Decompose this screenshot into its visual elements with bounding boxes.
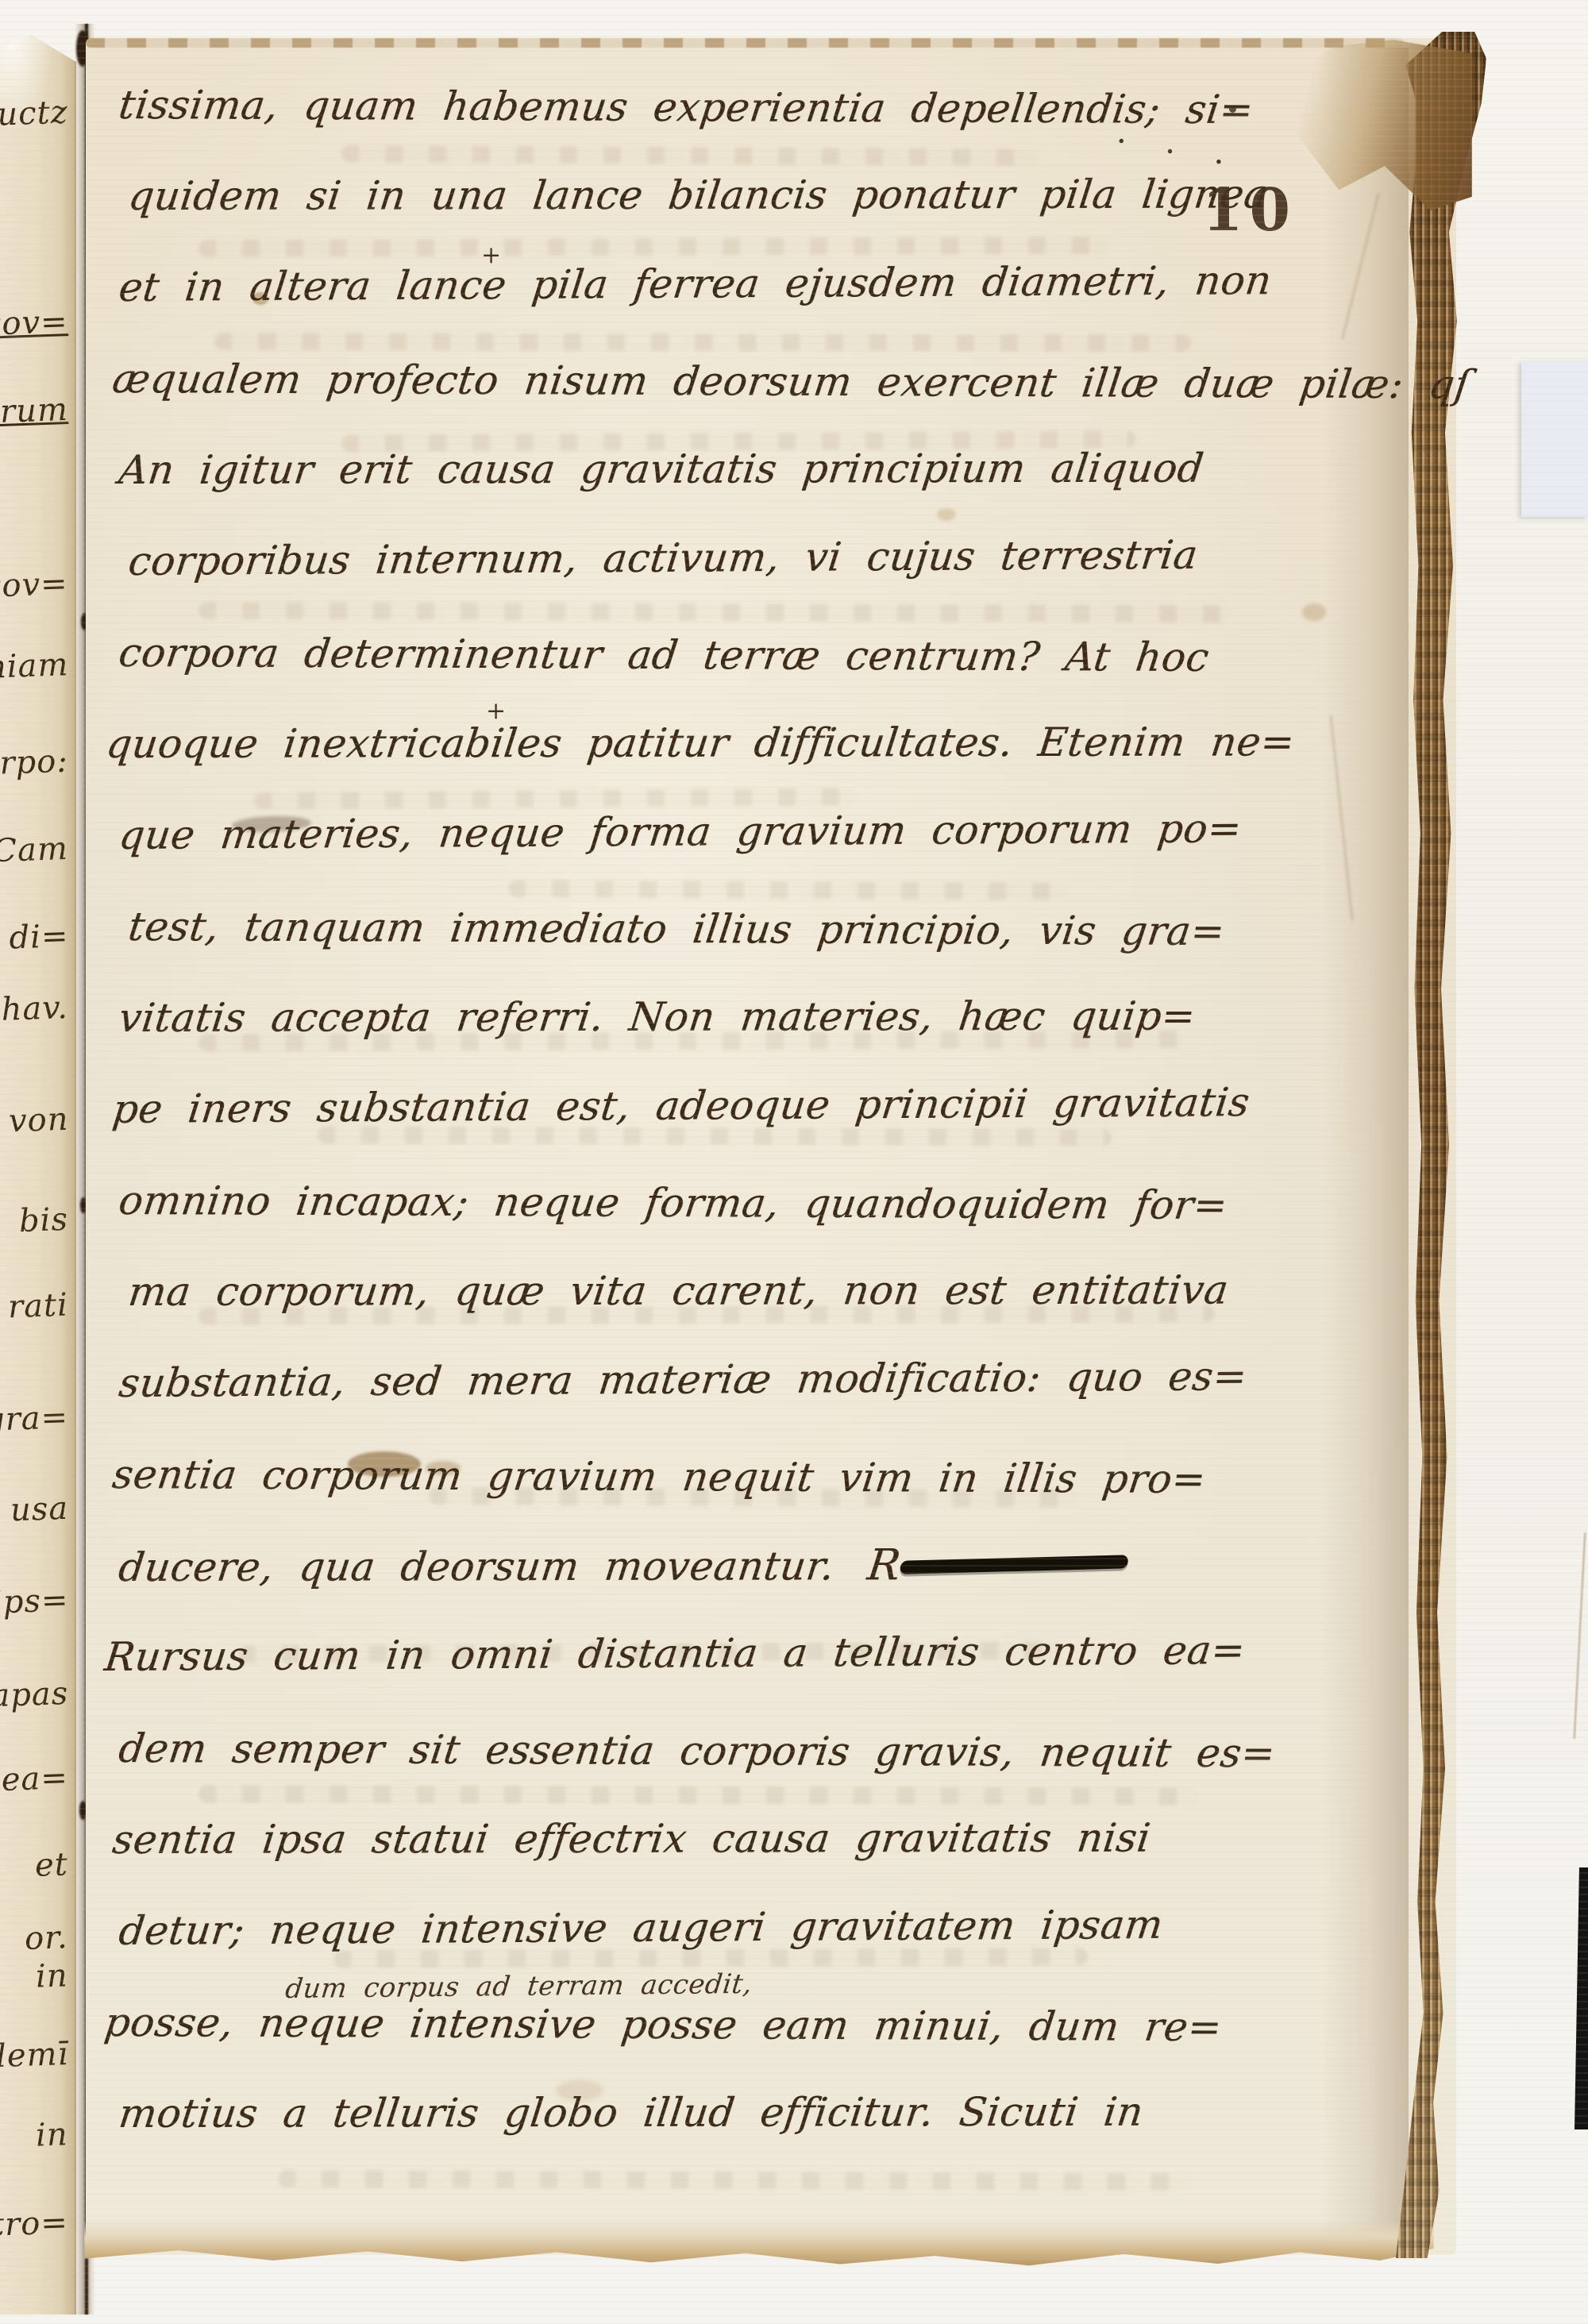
previous-page-text-fragment: corpo: — [0, 743, 69, 784]
previous-page-text-fragment: uea= — [0, 1759, 69, 1799]
manuscript-line-text: test, tanquam immediato illius principio… — [125, 904, 1228, 954]
manuscript-line-text: æqualem profecto nisum deorsum exercent … — [110, 356, 1472, 407]
manuscript-line-text: substantia, sed mera materiæ modificatio… — [117, 1353, 1250, 1406]
manuscript-line-text: ducere, qua deorsum moveantur. — [116, 1543, 837, 1590]
previous-page-edge: uductzcov=hicorumcov=niamcorpo:. Cama di… — [0, 21, 76, 2314]
manuscript-line: motius a telluris globo illud efficitur.… — [114, 2066, 1411, 2160]
page-number: 10 — [1202, 176, 1297, 245]
previous-page-text-fragment: cov= — [0, 303, 69, 343]
manuscript-line-text: dem semper sit essentia corporis gravis,… — [116, 1725, 1278, 1776]
previous-page-text-fragment: tro= — [0, 2204, 69, 2243]
manuscript-line: detur; neque intensive augeri gravitatem… — [114, 1878, 1412, 1977]
previous-page-text-fragment: ips= — [0, 1582, 69, 1621]
previous-page-text-fragment: gra= — [0, 1399, 69, 1439]
page-top-edge — [86, 38, 1404, 48]
manuscript-line: sentia ipsa statui effectrix causa gravi… — [107, 1792, 1411, 1886]
previous-page-text-fragment: in — [36, 2116, 69, 2153]
struck-out-text: R — [865, 1540, 904, 1590]
manuscript-line: sentia corporum gravium nequit vim in il… — [107, 1429, 1411, 1526]
interlinear-insertion: dum corpus ad terram accedit, — [283, 1968, 754, 2005]
page-bottom-edge — [84, 2220, 1434, 2266]
manuscript-line-text: quoque inextricabiles patitur difficulta… — [104, 719, 1297, 767]
manuscript-photo: uductzcov=hicorumcov=niamcorpo:. Cama di… — [0, 0, 1588, 2324]
manuscript-line: vitatis accepta referri. Non materies, h… — [114, 970, 1411, 1064]
manuscript-line: corpora determinentur ad terræ centrum? … — [114, 607, 1411, 704]
manuscript-line-text: que materies, neque forma gravium corpor… — [117, 805, 1244, 858]
previous-page-text-fragment: . Cam — [0, 831, 69, 870]
manuscript-line-text: sentia ipsa statui effectrix causa gravi… — [110, 1815, 1154, 1863]
manuscript-line: corporibus internum, activum, vi cujus t… — [123, 508, 1412, 607]
ink-strikethrough-bar — [900, 1555, 1128, 1574]
previous-page-text-fragment: or. — [25, 1919, 69, 1957]
manuscript-line: substantia, sed mera materiæ modificatio… — [114, 1330, 1412, 1429]
insertion-caret: + — [486, 697, 506, 725]
previous-page-text-fragment: capas — [0, 1675, 69, 1715]
manuscript-line: dem semper sit essentia corporis gravis,… — [114, 1703, 1411, 1800]
stray-fiber — [1573, 1532, 1586, 1739]
insertion-caret: + — [481, 241, 501, 269]
previous-page-text-fragment: usa — [10, 1490, 69, 1529]
previous-page-text-fragment: Chav. — [0, 989, 69, 1029]
manuscript-line-text: corpora determinentur ad terræ centrum? … — [116, 630, 1212, 680]
manuscript-line-text: Rursus cum in omni distantia a telluris … — [102, 1627, 1248, 1680]
white-paper-tab — [1521, 361, 1588, 517]
manuscript-line: et in altera lance pila ferrea ejusdem d… — [114, 234, 1412, 333]
manuscript-line: quoque inextricabiles patitur difficulta… — [101, 696, 1411, 790]
previous-page-text-fragment: a di= — [0, 918, 69, 958]
manuscript-line-text: et in altera lance pila ferrea ejusdem d… — [117, 257, 1274, 310]
manuscript-line: An igitur erit causa gravitatis principi… — [114, 422, 1411, 516]
handwritten-text-block: tissima, quam habemus experientia depell… — [119, 60, 1405, 2160]
manuscript-line-text: omnino incapax; neque forma, quandoquide… — [116, 1177, 1230, 1228]
manuscript-line-text: quidem si in una lance bilancis ponatur … — [126, 171, 1271, 219]
manuscript-line-text: sentia corporum gravium nequit vim in il… — [110, 1451, 1208, 1502]
manuscript-line-text: detur; neque intensive augeri gravitatem… — [117, 1902, 1166, 1954]
black-frame-edge — [1575, 1867, 1588, 2129]
manuscript-line: ma corporum, quæ vita carent, non est en… — [123, 1244, 1411, 1338]
manuscript-line-text: posse, neque intensive posse eam minui, … — [102, 1999, 1224, 2050]
manuscript-line: Rursus cum in omni distantia a telluris … — [99, 1604, 1412, 1703]
manuscript-line-text: motius a telluris globo illud efficitur.… — [117, 2089, 1147, 2137]
ink-bleedthrough — [278, 2170, 1191, 2191]
manuscript-line: test, tanquam immediato illius principio… — [123, 881, 1411, 978]
manuscript-line: que materies, neque forma gravium corpor… — [114, 782, 1412, 881]
manuscript-line: omnino incapax; neque forma, quandoquide… — [114, 1155, 1411, 1252]
manuscript-line: æqualem profecto nisum deorsum exercent … — [107, 333, 1411, 430]
previous-page-text-fragment: rati — [7, 1287, 68, 1326]
previous-page-text-fragment: von — [8, 1101, 69, 1140]
previous-page-text-fragment: cov= — [0, 565, 69, 605]
manuscript-line-text: corporibus internum, activum, vi cujus t… — [126, 532, 1201, 584]
previous-page-text-fragment: et — [34, 1846, 68, 1883]
manuscript-line-text: pe iners substantia est, adeoque princip… — [110, 1079, 1252, 1132]
previous-page-text-fragment: niam — [0, 646, 69, 686]
manuscript-line-text: An igitur erit causa gravitatis principi… — [117, 445, 1207, 493]
manuscript-line-text: tissima, quam habemus experientia depell… — [116, 82, 1256, 133]
previous-page-text-fragment: hicorum — [0, 391, 69, 433]
previous-page-text-fragment: in — [36, 1957, 69, 1994]
manuscript-line-text: vitatis accepta referri. Non materies, h… — [117, 993, 1198, 1041]
manuscript-line-text: ma corporum, quæ vita carent, non est en… — [126, 1267, 1231, 1315]
previous-page-text-fragment: uductz — [0, 94, 69, 135]
manuscript-line: ducere, qua deorsum moveantur.R — [114, 1518, 1411, 1612]
previous-page-text-fragment: bis — [18, 1201, 69, 1239]
previous-page-text-fragment: olemī — [0, 2036, 69, 2075]
manuscript-line: pe iners substantia est, adeoque princip… — [107, 1056, 1412, 1155]
